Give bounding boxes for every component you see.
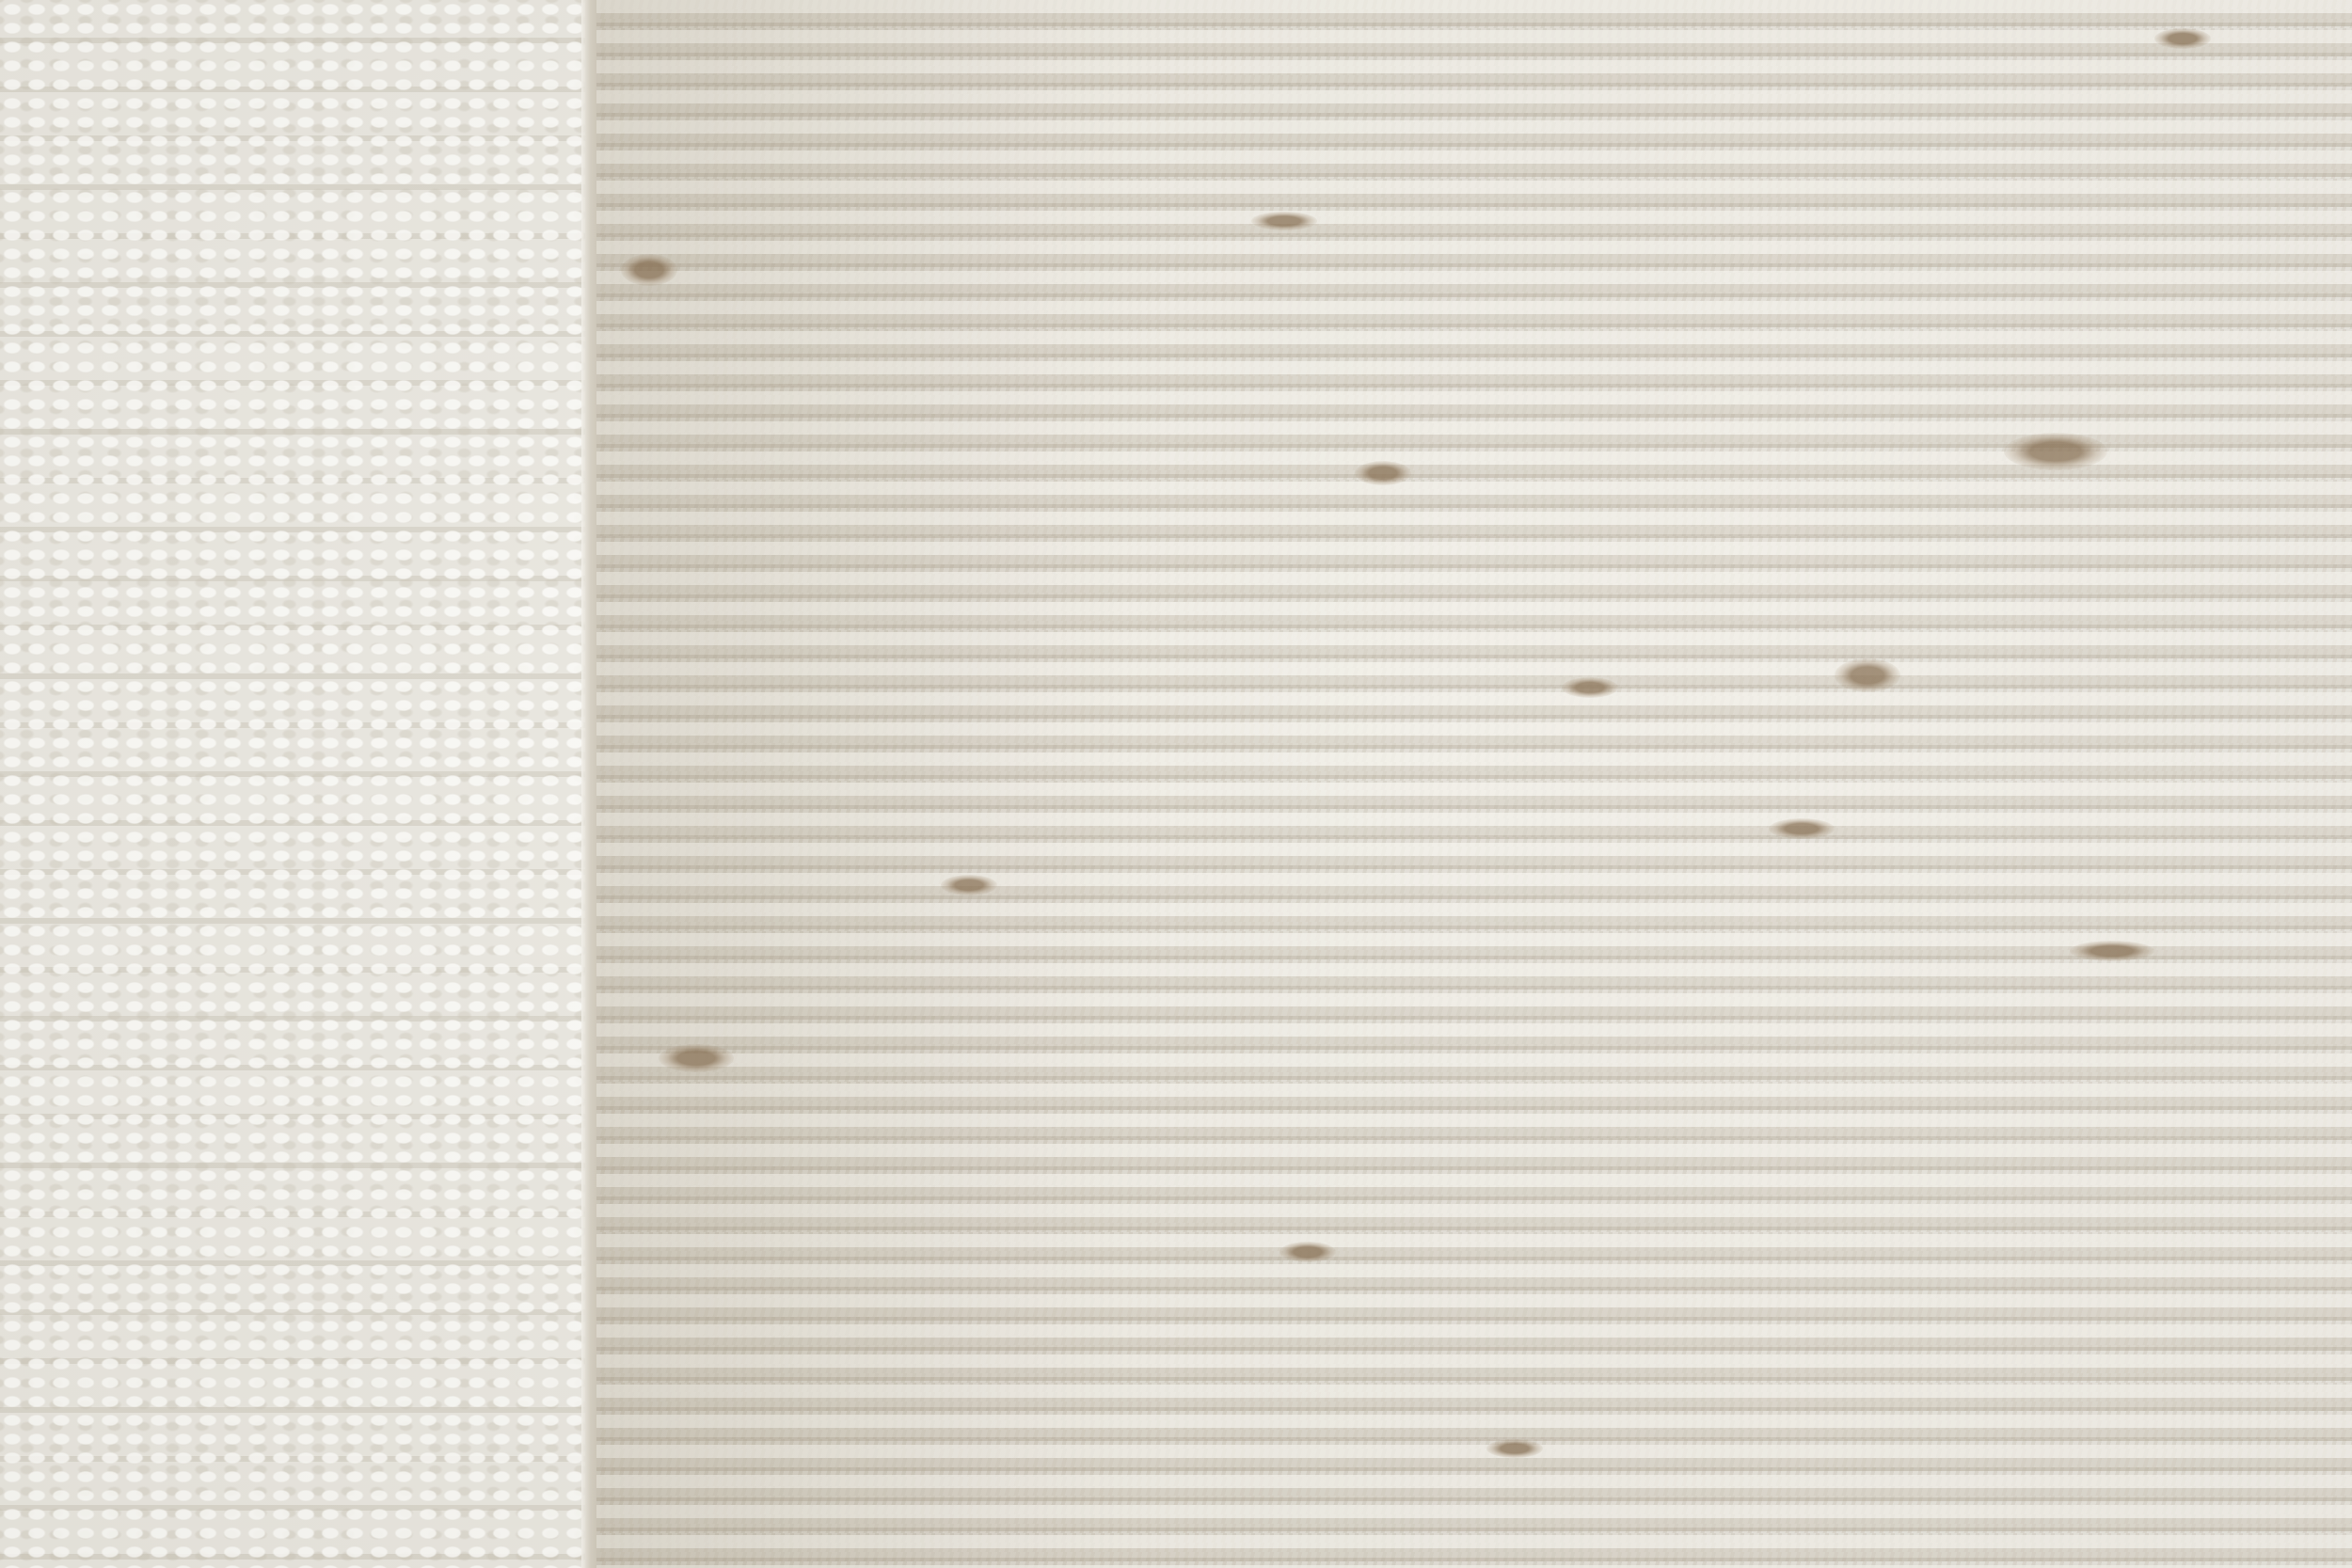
fiber-fleck bbox=[1769, 818, 1835, 839]
fiber-fleck bbox=[1486, 1439, 1543, 1458]
fiber-fleck bbox=[1279, 1242, 1336, 1262]
border-seam bbox=[581, 0, 596, 1568]
fiber-fleck bbox=[2070, 941, 2154, 961]
rug-texture-photo bbox=[0, 0, 2352, 1568]
fiber-fleck bbox=[659, 1044, 734, 1072]
fiber-fleck bbox=[941, 875, 997, 895]
fiber-fleck bbox=[621, 254, 677, 286]
fiber-fleck bbox=[1355, 461, 1411, 485]
fiber-fleck bbox=[1835, 658, 1900, 692]
fiber-fleck bbox=[1251, 212, 1317, 230]
fiber-fleck bbox=[1562, 677, 1618, 698]
fiber-fleck bbox=[2154, 28, 2211, 49]
fiber-fleck bbox=[2004, 433, 2107, 470]
looped-pile-border bbox=[0, 0, 585, 1568]
greige-tint-zone bbox=[596, 0, 1123, 1568]
